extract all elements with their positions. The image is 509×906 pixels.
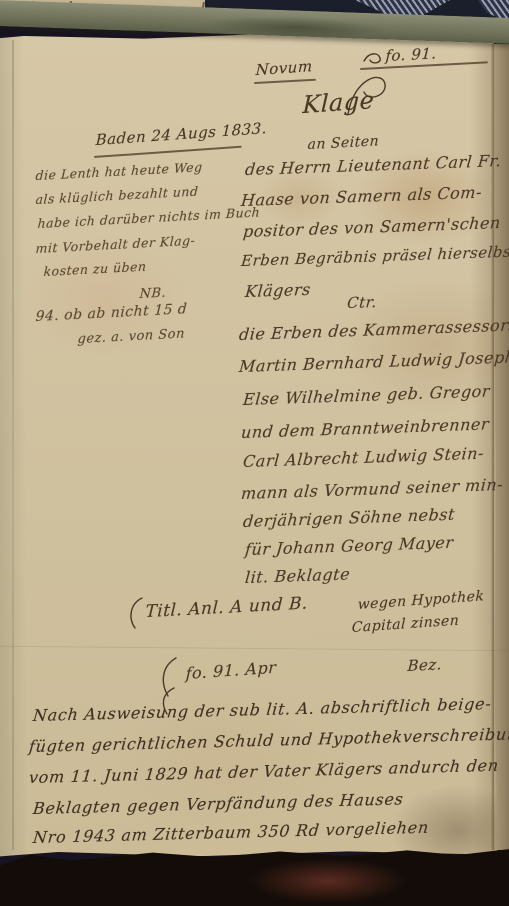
section-mark: Bez.	[407, 655, 442, 675]
contra-mark: Ctr.	[346, 293, 377, 312]
table-surface	[0, 848, 509, 906]
folio-mark: fo. 91.	[385, 44, 437, 65]
defendant-role: lit. Beklagte	[244, 564, 351, 587]
pen-flourish-icon	[362, 50, 384, 66]
vertical-crease	[12, 40, 14, 850]
manuscript-photo: fo. 91. Novum Klage an Seiten Baden 24 A…	[0, 0, 509, 906]
margin-note-nb: NB.	[139, 286, 166, 302]
pen-flourish-icon	[126, 596, 144, 630]
table-highlight-blob	[248, 858, 408, 904]
plaintiff-role: Klägers	[244, 280, 311, 301]
claim-title: Klage	[302, 86, 375, 119]
